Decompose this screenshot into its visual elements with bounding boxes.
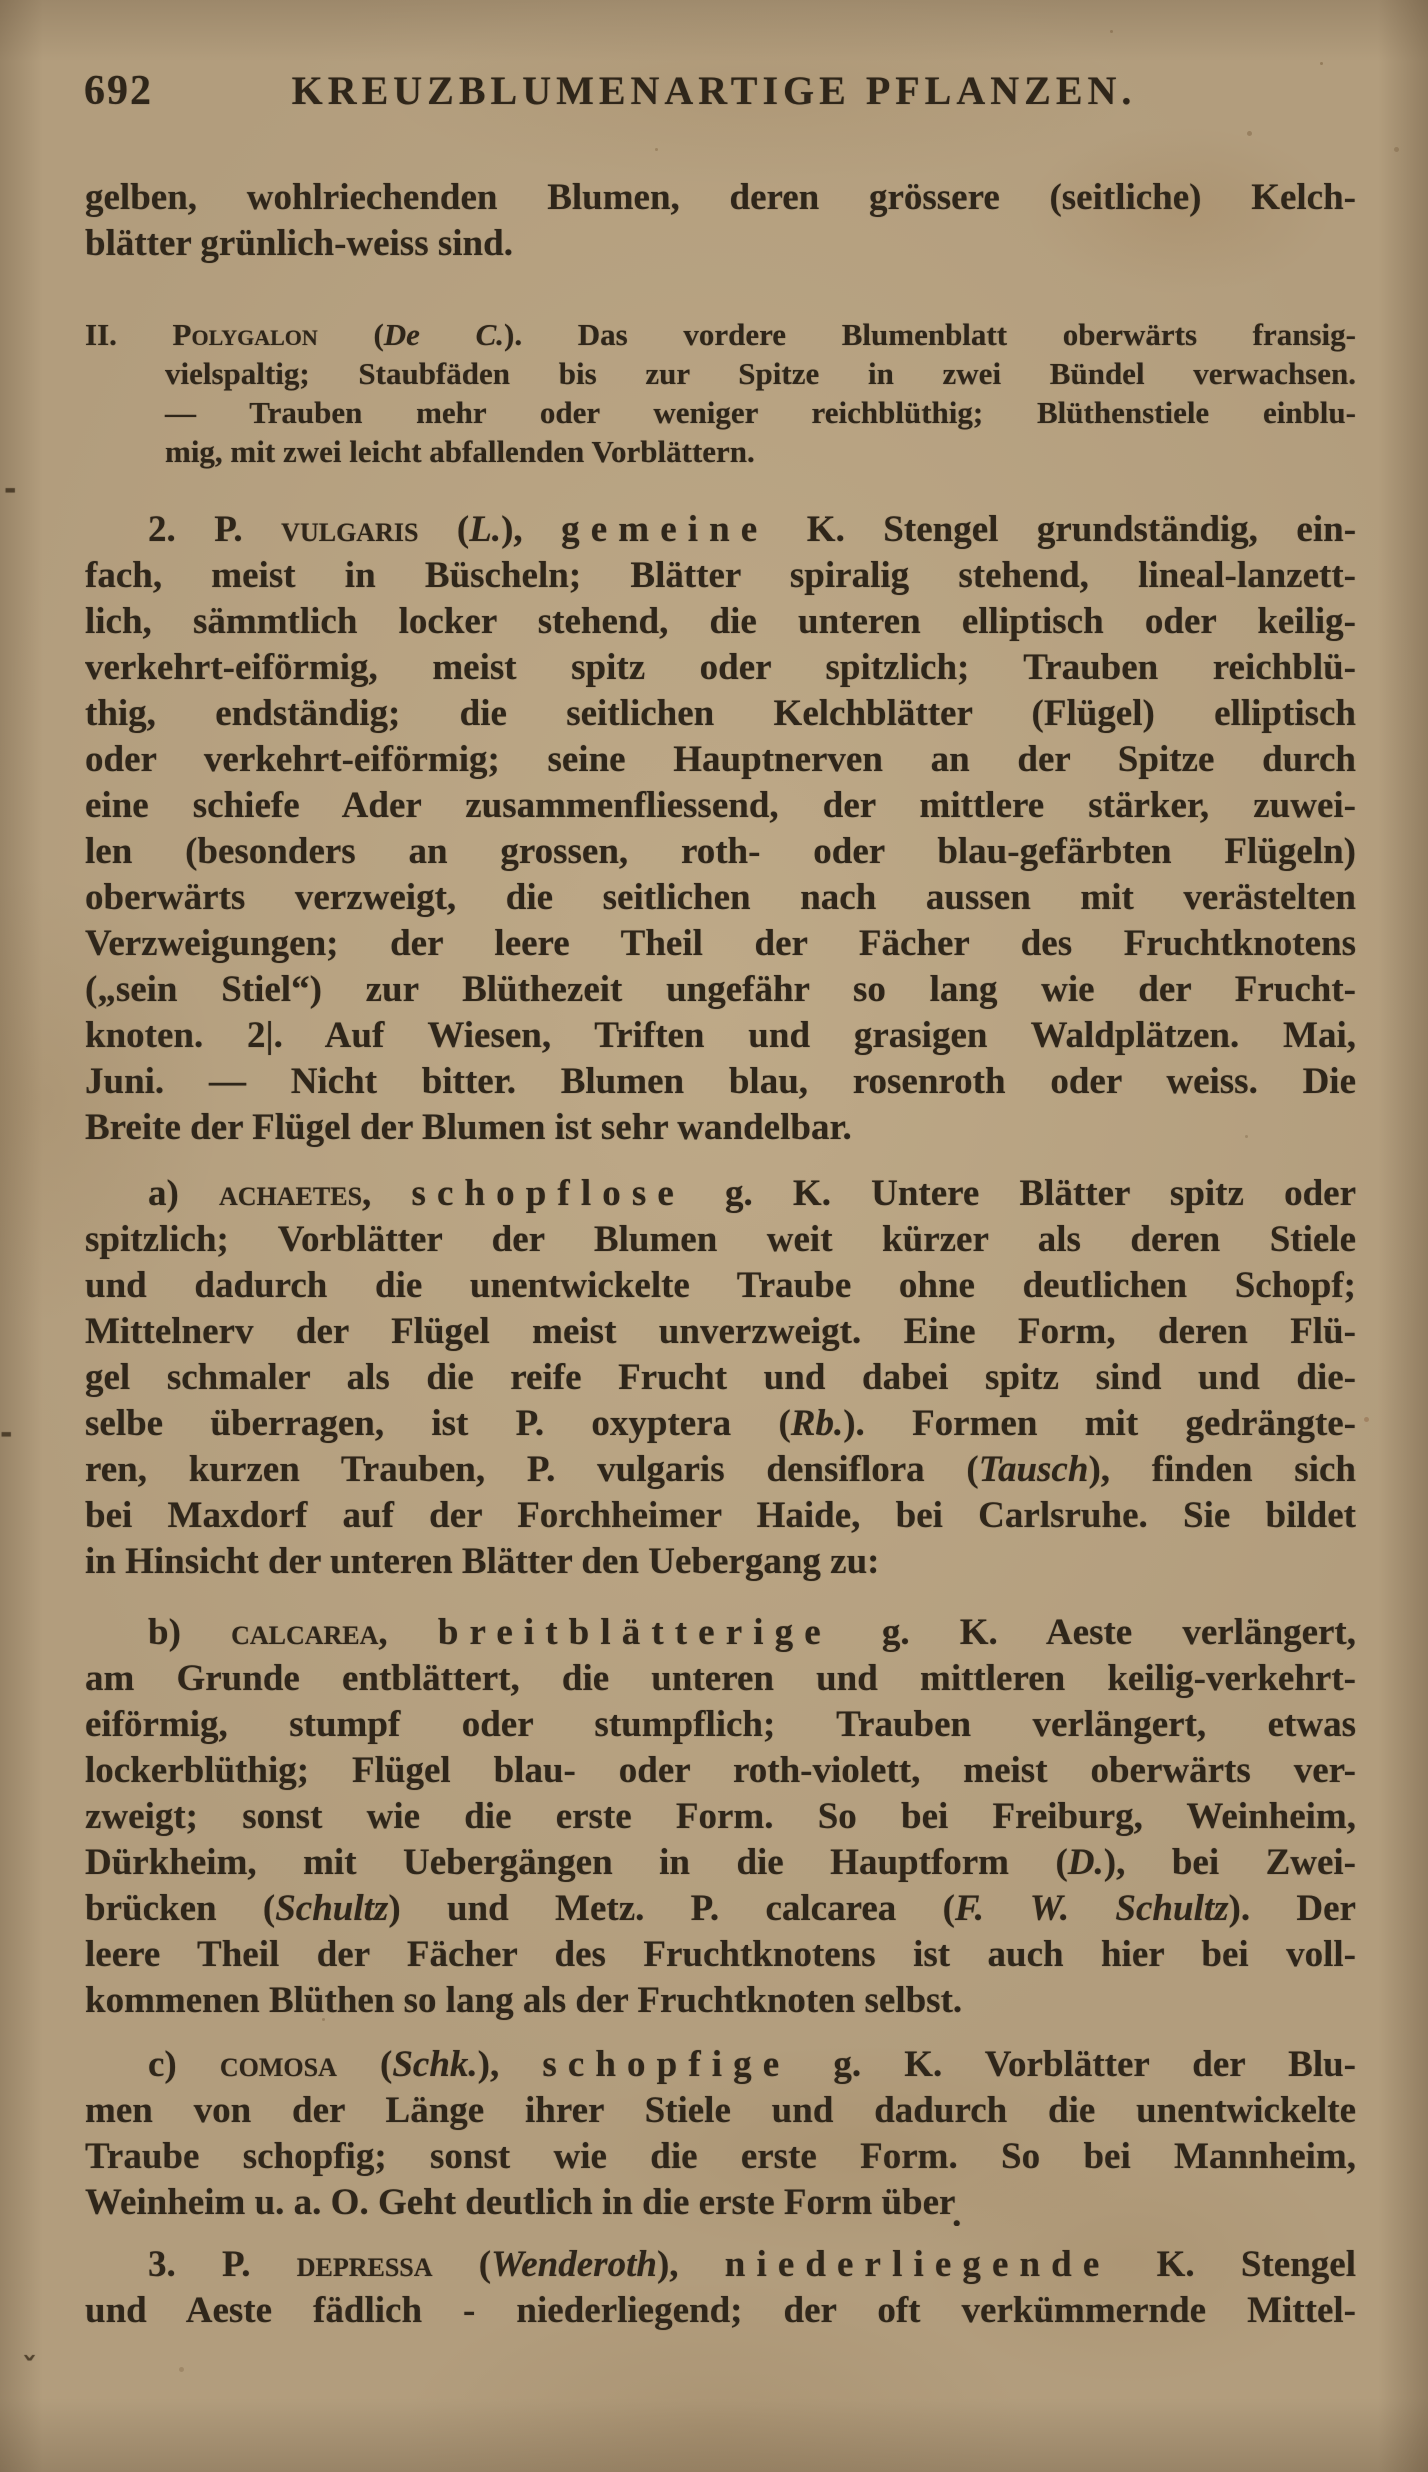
text-segment: Schk. <box>392 2044 477 2085</box>
page-number: 692 <box>84 66 153 116</box>
text-segment: Wenderoth <box>491 2244 657 2285</box>
margin-mark: ˇ <box>22 2352 37 2387</box>
text-line: len (besonders an grossen, roth- oder bl… <box>85 829 1356 875</box>
text-segment: depressa <box>297 2244 433 2285</box>
text-line: knoten. 2|. Auf Wiesen, Triften und gras… <box>85 1013 1356 1059</box>
text-segment: oberwärts verzweigt, die seitlichen nach… <box>85 877 1356 918</box>
text-segment: Juni. — Nicht bitter. Blumen blau, rosen… <box>85 1061 1356 1102</box>
text-segment: knoten. 2|. Auf Wiesen, Triften und gras… <box>85 1015 1356 1056</box>
text-segment: brücken ( <box>85 1888 275 1929</box>
text-segment: oder verkehrt-eiförmig; seine Hauptnerve… <box>85 739 1356 780</box>
text-segment: II. <box>85 317 173 352</box>
text-line: und Aeste fädlich - niederliegend; der o… <box>85 2288 1356 2334</box>
text-segment: ) und Metz. P. calcarea ( <box>388 1888 955 1929</box>
text-line: eiförmig, stumpf oder stumpflich; Traube… <box>85 1702 1356 1748</box>
paragraph-species-2-vulgaris: 2. P. vulgaris (L.), gemeine K. Stengel … <box>85 507 1356 1151</box>
text-line: Verzweigungen; der leere Theil der Fäche… <box>85 921 1356 967</box>
text-line: eine schiefe Ader zusammenfliessend, der… <box>85 783 1356 829</box>
text-segment: Polygalon <box>173 317 318 352</box>
text-line: oder verkehrt-eiförmig; seine Hauptnerve… <box>85 737 1356 783</box>
text-segment: ). Der <box>1229 1888 1356 1929</box>
text-line: und dadurch die unentwickelte Traube ohn… <box>85 1263 1356 1309</box>
text-line: thig, endständig; die seitlichen Kelchbl… <box>85 691 1356 737</box>
text-segment: lockerblüthig; Flügel blau- oder roth-vi… <box>85 1750 1356 1791</box>
text-line: men von der Länge ihrer Stiele und dadur… <box>85 2088 1356 2134</box>
text-line: Traube schopfig; sonst wie die erste For… <box>85 2134 1356 2180</box>
text-segment: ( <box>318 317 384 352</box>
text-segment: ). Formen mit gedrängte- <box>843 1403 1356 1444</box>
text-segment: selbe überragen, ist P. oxyptera ( <box>85 1403 791 1444</box>
text-line: vielspaltig; Staubfäden bis zur Spitze i… <box>85 354 1356 393</box>
text-segment: D. <box>1068 1842 1104 1883</box>
text-line: Mittelnerv der Flügel meist unverzweigt.… <box>85 1309 1356 1355</box>
text-segment: ), finden sich <box>1088 1449 1356 1490</box>
text-line: mig, mit zwei leicht abfallenden Vorblät… <box>85 432 1356 471</box>
text-segment: men von der Länge ihrer Stiele und dadur… <box>85 2090 1356 2131</box>
text-segment: kommenen Blüthen so lang als der Fruchtk… <box>85 1980 962 2021</box>
text-segment: und dadurch die unentwickelte Traube ohn… <box>85 1265 1356 1306</box>
text-line: Breite der Flügel der Blumen ist sehr wa… <box>85 1105 1356 1151</box>
text-segment: g. K. Vorblätter der Blu- <box>790 2044 1356 2085</box>
text-segment: 3. P. <box>148 2244 297 2285</box>
text-segment: und Aeste fädlich - niederliegend; der o… <box>85 2290 1356 2331</box>
text-segment: vielspaltig; Staubfäden bis zur Spitze i… <box>165 356 1356 391</box>
text-line: lockerblüthig; Flügel blau- oder roth-vi… <box>85 1748 1356 1794</box>
text-segment: Verzweigungen; der leere Theil der Fäche… <box>85 923 1356 964</box>
text-segment: , <box>378 1612 437 1653</box>
text-segment: am Grunde entblättert, die unteren und m… <box>85 1658 1356 1699</box>
text-segment: ), bei Zwei- <box>1104 1842 1356 1883</box>
book-page: 692 KREUZBLUMENARTIGE PFLANZEN. gelben, … <box>0 0 1428 2472</box>
margin-mark: - <box>0 1416 12 1451</box>
text-segment: schopflose <box>411 1173 684 1214</box>
text-segment: blätter grünlich-weiss sind. <box>85 223 513 264</box>
text-segment: ( <box>418 509 469 550</box>
text-segment: b) <box>148 1612 231 1653</box>
text-segment: g. K. Aeste verlängert, <box>832 1612 1356 1653</box>
text-line: zweigt; sonst wie die erste Form. So bei… <box>85 1794 1356 1840</box>
text-segment: thig, endständig; die seitlichen Kelchbl… <box>85 693 1356 734</box>
text-line: bei Maxdorf auf der Forchheimer Haide, b… <box>85 1493 1356 1539</box>
text-line: lich, sämmtlich locker stehend, die unte… <box>85 599 1356 645</box>
text-segment: Weinheim u. a. O. Geht deutlich in die e… <box>85 2182 952 2223</box>
text-line: spitzlich; Vorblätter der Blumen weit kü… <box>85 1217 1356 1263</box>
paragraph-genus-polygalon: II. Polygalon (De C.). Das vordere Blume… <box>85 315 1356 471</box>
text-segment: zweigt; sonst wie die erste Form. So bei… <box>85 1796 1356 1837</box>
text-line: c) comosa (Schk.), schopfige g. K. Vorbl… <box>85 2042 1356 2088</box>
text-line: Dürkheim, mit Uebergängen in die Hauptfo… <box>85 1840 1356 1886</box>
text-segment: K. Stengel grundständig, ein- <box>768 509 1356 550</box>
text-segment: Schultz <box>275 1888 388 1929</box>
text-segment: a) <box>148 1173 219 1214</box>
text-line: leere Theil der Fächer des Fruchtknotens… <box>85 1932 1356 1978</box>
text-line: — Trauben mehr oder weniger reichblüthig… <box>85 393 1356 432</box>
text-segment: ( <box>337 2044 392 2085</box>
text-segment: mig, mit zwei leicht abfallenden Vorblät… <box>165 434 755 469</box>
text-segment: len (besonders an grossen, roth- oder bl… <box>85 831 1356 872</box>
text-segment: g. K. Untere Blätter spitz oder <box>685 1173 1356 1214</box>
text-segment: gel schmaler als die reife Frucht und da… <box>85 1357 1356 1398</box>
text-segment: bei Maxdorf auf der Forchheimer Haide, b… <box>85 1495 1356 1536</box>
text-line: gelben, wohlriechenden Blumen, deren grö… <box>85 175 1356 221</box>
text-segment: eine schiefe Ader zusammenfliessend, der… <box>85 785 1356 826</box>
text-line: in Hinsicht der unteren Blätter den Uebe… <box>85 1539 1356 1585</box>
text-segment: niederliegende <box>725 2244 1111 2285</box>
text-segment: ). Das vordere Blumenblatt oberwärts fra… <box>504 317 1356 352</box>
text-line: oberwärts verzweigt, die seitlichen nach… <box>85 875 1356 921</box>
text-segment: gemeine <box>561 509 768 550</box>
text-line: ren, kurzen Trauben, P. vulgaris densifl… <box>85 1447 1356 1493</box>
text-segment: gelben, wohlriechenden Blumen, deren grö… <box>85 177 1356 218</box>
text-segment: Traube schopfig; sonst wie die erste For… <box>85 2136 1356 2177</box>
page-body: gelben, wohlriechenden Blumen, deren grö… <box>85 175 1356 2334</box>
text-segment: Tausch <box>979 1449 1089 1490</box>
paragraph-variety-c-comosa: c) comosa (Schk.), schopfige g. K. Vorbl… <box>85 2042 1356 2226</box>
text-segment: Breite der Flügel der Blumen ist sehr wa… <box>85 1107 852 1148</box>
text-line: brücken (Schultz) und Metz. P. calcarea … <box>85 1886 1356 1932</box>
text-segment: breitblätterige <box>438 1612 832 1653</box>
text-line: („sein Stiel“) zur Blüthezeit ungefähr s… <box>85 967 1356 1013</box>
text-segment: ), <box>478 2044 543 2085</box>
text-segment: lich, sämmtlich locker stehend, die unte… <box>85 601 1356 642</box>
text-line: a) achaetes, schopflose g. K. Untere Blä… <box>85 1171 1356 1217</box>
text-segment: vulgaris <box>281 509 418 550</box>
text-line: II. Polygalon (De C.). Das vordere Blume… <box>85 315 1356 354</box>
text-line: 2. P. vulgaris (L.), gemeine K. Stengel … <box>85 507 1356 553</box>
text-segment: . <box>952 2194 961 2226</box>
text-segment: fach, meist in Büscheln; Blätter spirali… <box>85 555 1356 596</box>
text-segment: 2. P. <box>148 509 281 550</box>
text-line: am Grunde entblättert, die unteren und m… <box>85 1656 1356 1702</box>
text-segment: („sein Stiel“) zur Blüthezeit ungefähr s… <box>85 969 1356 1010</box>
page-header: 692 KREUZBLUMENARTIGE PFLANZEN. <box>0 66 1428 116</box>
text-segment: schopfige <box>542 2044 790 2085</box>
text-line: gel schmaler als die reife Frucht und da… <box>85 1355 1356 1401</box>
text-segment: comosa <box>220 2044 337 2085</box>
text-line: 3. P. depressa (Wenderoth), niederliegen… <box>85 2242 1356 2288</box>
text-segment: ), <box>501 509 561 550</box>
text-segment: De C. <box>384 317 504 352</box>
text-segment: eiförmig, stumpf oder stumpflich; Traube… <box>85 1704 1356 1745</box>
text-line: selbe überragen, ist P. oxyptera (Rb.). … <box>85 1401 1356 1447</box>
text-segment: K. Stengel <box>1110 2244 1356 2285</box>
text-segment: F. W. Schultz <box>955 1888 1229 1929</box>
text-line: blätter grünlich-weiss sind. <box>85 221 1356 267</box>
text-line: fach, meist in Büscheln; Blätter spirali… <box>85 553 1356 599</box>
text-segment: L. <box>469 509 501 550</box>
text-segment: , <box>362 1173 411 1214</box>
paragraph-species-3-depressa: 3. P. depressa (Wenderoth), niederliegen… <box>85 2242 1356 2334</box>
text-line: verkehrt-eiförmig, meist spitz oder spit… <box>85 645 1356 691</box>
text-segment: spitzlich; Vorblätter der Blumen weit kü… <box>85 1219 1356 1260</box>
margin-mark: - <box>4 472 16 507</box>
text-segment: ( <box>433 2244 492 2285</box>
text-segment: — Trauben mehr oder weniger reichblüthig… <box>165 395 1356 430</box>
text-segment: in Hinsicht der unteren Blätter den Uebe… <box>85 1541 879 1582</box>
text-segment: Dürkheim, mit Uebergängen in die Hauptfo… <box>85 1842 1068 1883</box>
text-segment: ), <box>657 2244 725 2285</box>
paragraph-variety-b-calcarea: b) calcarea, breitblätterige g. K. Aeste… <box>85 1610 1356 2024</box>
text-segment: Mittelnerv der Flügel meist unverzweigt.… <box>85 1311 1356 1352</box>
text-segment: leere Theil der Fächer des Fruchtknotens… <box>85 1934 1356 1975</box>
text-segment: calcarea <box>231 1612 378 1653</box>
paper-specks <box>0 0 3 3</box>
text-segment: verkehrt-eiförmig, meist spitz oder spit… <box>85 647 1356 688</box>
text-segment: achaetes <box>219 1173 362 1214</box>
text-segment: Rb. <box>791 1403 843 1444</box>
text-line: kommenen Blüthen so lang als der Fruchtk… <box>85 1978 1356 2024</box>
text-line: Juni. — Nicht bitter. Blumen blau, rosen… <box>85 1059 1356 1105</box>
text-segment: c) <box>148 2044 220 2085</box>
text-segment: ren, kurzen Trauben, P. vulgaris densifl… <box>85 1449 979 1490</box>
running-title: KREUZBLUMENARTIGE PFLANZEN. <box>0 66 1428 116</box>
paragraph-continuation: gelben, wohlriechenden Blumen, deren grö… <box>85 175 1356 267</box>
text-line: Weinheim u. a. O. Geht deutlich in die e… <box>85 2180 1356 2226</box>
paragraph-variety-a-achaetes: a) achaetes, schopflose g. K. Untere Blä… <box>85 1171 1356 1585</box>
text-line: b) calcarea, breitblätterige g. K. Aeste… <box>85 1610 1356 1656</box>
